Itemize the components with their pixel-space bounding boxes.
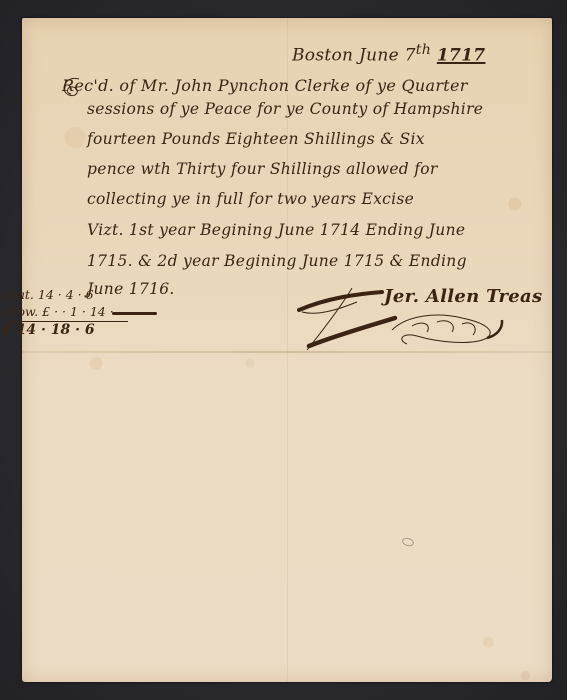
body-line-4: pence wth Thirty four Shillings allowed … [87,160,438,178]
body-line-3: fourteen Pounds Eighteen Shillings & Six [87,130,425,148]
body-line-1: Rec'd. of Mr. John Pynchon Clerke of ye … [62,76,468,95]
body-line-7: 1715. & 2d year Begining June 1715 & End… [87,252,467,270]
margin-sum-line-2: allow. £ · · 1 · 14 · [2,304,114,319]
margin-sum-total: £ 14 · 18 · 6 [2,322,95,338]
body-line-5: collecting ye in full for two years Exci… [87,190,414,208]
dateline-year: 1717 [437,46,486,66]
margin-sum-dash [112,312,157,315]
dateline-place-date: Boston June 7 [292,46,416,66]
dateline-superscript: th [416,42,431,58]
body-line-6: Vizt. 1st year Begining June 1714 Ending… [87,221,465,239]
ink-blot-mark [401,537,415,548]
margin-sum-line-1: neat. 14 · 4 · 6 [2,287,94,302]
signature: Jer. Allen Treas [384,286,542,307]
margin-sums: neat. 14 · 4 · 6 allow. £ · · 1 · 14 · £… [0,285,160,355]
body-line-2: sessions of ye Peace for ye County of Ha… [87,100,483,118]
dateline: Boston June 7th 1717 [292,42,485,66]
